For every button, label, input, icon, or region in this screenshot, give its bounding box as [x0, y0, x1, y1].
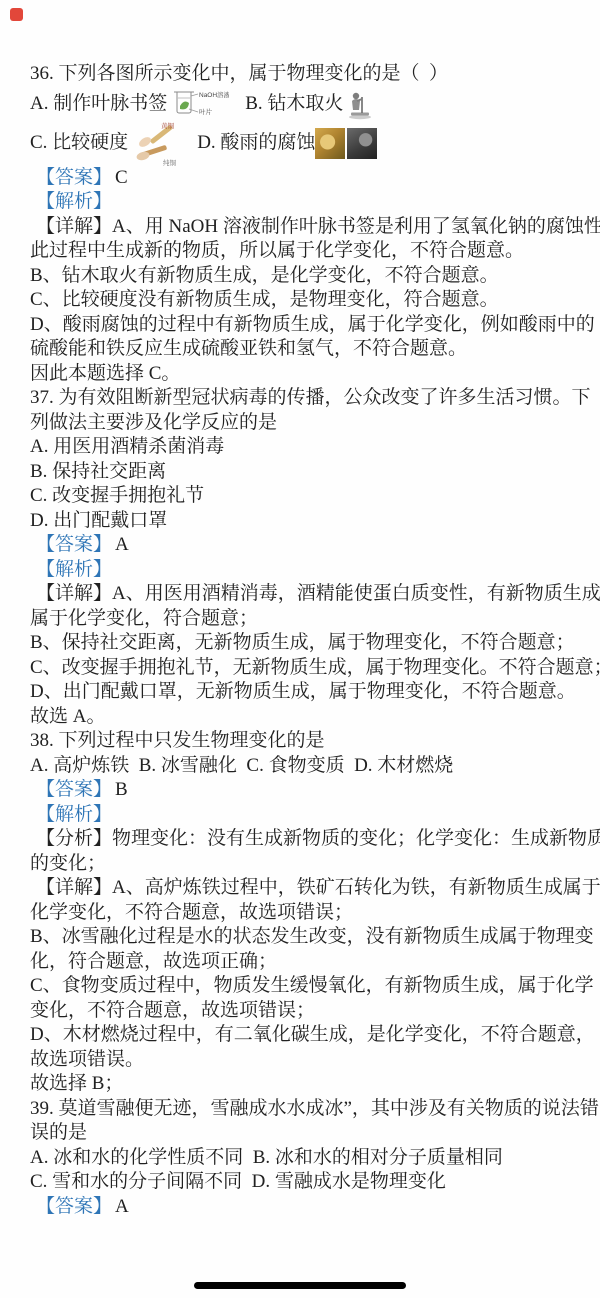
detail-line: D、木材燃烧过程中，有二氧化碳生成，是化学变化，不符合题意，: [30, 1023, 576, 1048]
question-38-options: A. 高炉炼铁 B. 冰雪融化 C. 食物变质 D. 木材燃烧: [30, 754, 576, 779]
detail-line: 硫酸能和铁反应生成硫酸亚铁和氢气，不符合题意。: [30, 337, 576, 362]
detail-line: C、食物变质过程中，物质发生缓慢氧化，有新物质生成，属于化学: [30, 974, 576, 999]
detail-line: 化学变化，不符合题意，故选项错误；: [30, 901, 576, 926]
answer-value: A: [115, 534, 129, 555]
answer-label: 【答案】: [36, 779, 112, 800]
leaf-icon: [180, 101, 189, 109]
option-a: A. 用医用酒精杀菌消毒: [30, 435, 576, 460]
question-36-stem: 36. 下列各图所示变化中，属于物理变化的是（ ）: [30, 62, 576, 87]
question-37-stem: 37. 为有效阻断新型冠状病毒的传播，公众改变了许多生活习惯。下: [30, 386, 576, 411]
question-39-options: C. 雪和水的分子间隔不同 D. 雪融成水是物理变化: [30, 1170, 576, 1195]
answer-label: 【答案】: [36, 167, 112, 188]
document-page: 36. 下列各图所示变化中，属于物理变化的是（ ） A. 制作叶脉书签 NaOH…: [0, 0, 600, 1298]
analysis-text-line: 的变化；: [30, 852, 576, 877]
acid-rain-photos: [315, 128, 377, 159]
answer-label: 【答案】: [36, 1196, 112, 1217]
copper-label: 纯铜: [163, 158, 177, 167]
detail-line: C、改变握手拥抱礼节，无新物质生成，属于物理变化。不符合题意；: [30, 656, 576, 681]
leaf-bookmark-beaker-figure: NaOH溶液 叶片: [171, 89, 229, 120]
detail-line: 因此本题选择 C。: [30, 362, 576, 387]
answer-line: 【答案】A: [30, 533, 576, 558]
analysis-label: 【解析】: [36, 804, 112, 825]
question-36-options-row-1: A. 制作叶脉书签 NaOH溶液 叶片 B. 钻木取火: [30, 87, 576, 122]
answer-line: 【答案】A: [30, 1195, 576, 1220]
answer-line: 【答案】B: [30, 778, 576, 803]
answer-value: A: [115, 1196, 129, 1217]
detail-line: 【详解】A、用医用酒精消毒，酒精能使蛋白质变性，有新物质生成，: [30, 582, 576, 607]
question-39-stem: 39. 莫道雪融便无迹，雪融成水水成冰”，其中涉及有关物质的说法错: [30, 1097, 576, 1122]
analysis-line: 【解析】: [30, 190, 576, 215]
option-a-label: A. 制作叶脉书签: [30, 92, 167, 117]
hardness-test-figure: 黄铜 纯铜: [132, 121, 181, 167]
detail-line: 【详解】A、高炉炼铁过程中，铁矿石转化为铁，有新物质生成属于: [30, 876, 576, 901]
analysis-line: 【解析】: [30, 803, 576, 828]
detail-line: C、比较硬度没有新物质生成，是物理变化，符合题意。: [30, 288, 576, 313]
analysis-text-line: 【分析】物理变化：没有生成新物质的变化；化学变化：生成新物质: [30, 827, 576, 852]
answer-line: 【答案】C: [30, 166, 576, 191]
answer-value: B: [115, 779, 128, 800]
detail-line: 化，符合题意，故选项正确；: [30, 950, 576, 975]
analysis-label: 【解析】: [36, 559, 112, 580]
beaker-solution-label: NaOH溶液: [199, 90, 229, 99]
option-d-label: D. 酸雨的腐蚀: [197, 131, 315, 156]
detail-line: 故选择 B；: [30, 1072, 576, 1097]
question-37-stem: 列做法主要涉及化学反应的是: [30, 411, 576, 436]
question-39-stem: 误的是: [30, 1121, 576, 1146]
detail-line: 【详解】A、用 NaOH 溶液制作叶脉书签是利用了氢氧化钠的腐蚀性，: [30, 215, 576, 240]
option-d: D. 出门配戴口罩: [30, 509, 576, 534]
option-b: B. 保持社交距离: [30, 460, 576, 485]
analysis-label: 【解析】: [36, 191, 112, 212]
answer-value: C: [115, 167, 128, 188]
detail-line: D、酸雨腐蚀的过程中有新物质生成，属于化学变化，例如酸雨中的: [30, 313, 576, 338]
exam-document: 36. 下列各图所示变化中，属于物理变化的是（ ） A. 制作叶脉书签 NaOH…: [30, 62, 576, 1219]
detail-line: 故选项错误。: [30, 1048, 576, 1073]
wood-drilling-figure: [347, 89, 374, 120]
recording-indicator-icon[interactable]: [10, 8, 23, 21]
answer-label: 【答案】: [36, 534, 112, 555]
detail-line: B、冰雪融化过程是水的状态发生改变，没有新物质生成属于物理变: [30, 925, 576, 950]
home-indicator-bar[interactable]: [194, 1282, 406, 1289]
question-36-options-row-2: C. 比较硬度 黄铜 纯铜 D. 酸雨的腐蚀: [30, 122, 576, 166]
detail-line: B、保持社交距离，无新物质生成，属于物理变化，不符合题意；: [30, 631, 576, 656]
detail-line: 此过程中生成新的物质，所以属于化学变化，不符合题意。: [30, 239, 576, 264]
option-c: C. 改变握手拥抱礼节: [30, 484, 576, 509]
detail-line: 变化，不符合题意，故选项错误；: [30, 999, 576, 1024]
detail-line: 故选 A。: [30, 705, 576, 730]
question-39-options: A. 冰和水的化学性质不同 B. 冰和水的相对分子质量相同: [30, 1146, 576, 1171]
detail-line: D、出门配戴口罩，无新物质生成，属于物理变化，不符合题意。: [30, 680, 576, 705]
option-c-label: C. 比较硬度: [30, 131, 128, 156]
detail-line: 属于化学变化，符合题意；: [30, 607, 576, 632]
question-38-stem: 38. 下列过程中只发生物理变化的是: [30, 729, 576, 754]
brass-label: 黄铜: [161, 121, 175, 130]
corroded-statue-photo: [315, 128, 345, 159]
corroded-forest-photo: [347, 128, 377, 159]
option-b-label: B. 钻木取火: [245, 92, 343, 117]
detail-line: B、钻木取火有新物质生成，是化学变化，不符合题意。: [30, 264, 576, 289]
beaker-leaf-label: 叶片: [199, 107, 213, 116]
analysis-line: 【解析】: [30, 558, 576, 583]
